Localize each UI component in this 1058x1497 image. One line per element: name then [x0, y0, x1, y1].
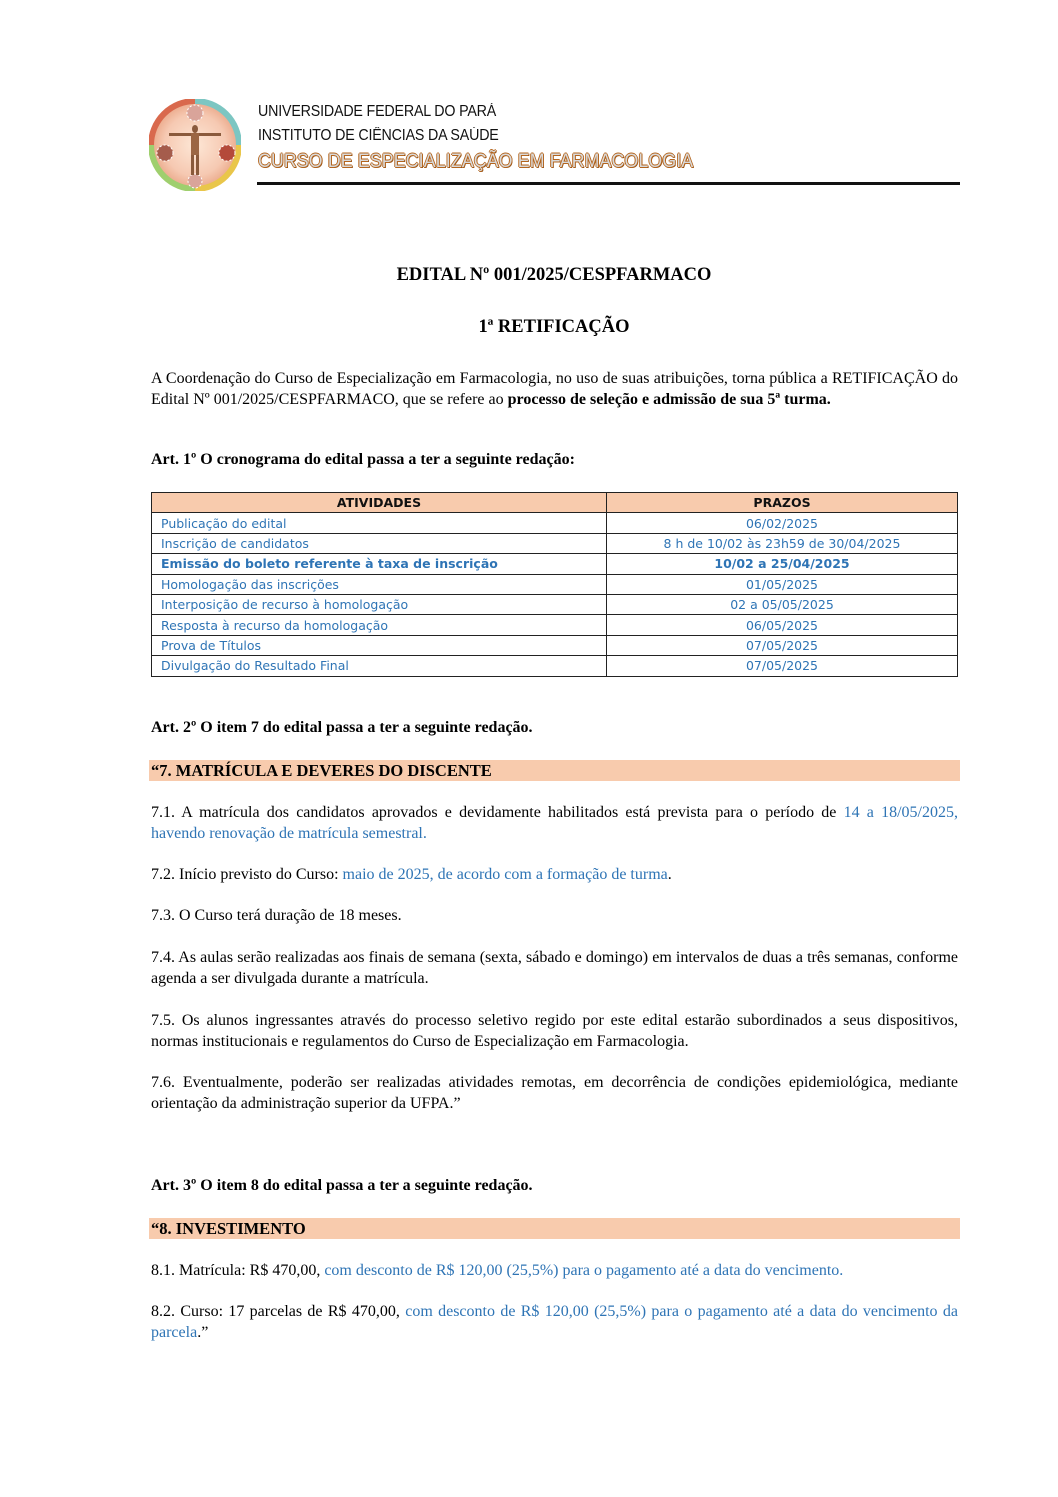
schedule-activity: Prova de Títulos — [152, 635, 607, 655]
schedule-deadline: 06/02/2025 — [607, 513, 958, 533]
institution-name: UNIVERSIDADE FEDERAL DO PARÁ — [258, 103, 496, 121]
schedule-deadline: 10/02 a 25/04/2025 — [607, 554, 958, 574]
document-title: EDITAL Nº 001/2025/CESPFARMACO — [0, 265, 1058, 286]
schedule-activity: Interposição de recurso à homologação — [152, 594, 607, 614]
article-2-heading: Art. 2º O item 7 do edital passa a ter a… — [151, 719, 533, 737]
schedule-deadline: 02 a 05/05/2025 — [607, 594, 958, 614]
schedule-row: Homologação das inscrições01/05/2025 — [152, 574, 958, 594]
item-7-4: 7.4. As aulas serão realizadas aos finai… — [151, 948, 958, 989]
schedule-row: Divulgação do Resultado Final07/05/2025 — [152, 656, 958, 676]
schedule-row: Interposição de recurso à homologação02 … — [152, 594, 958, 614]
article-1-heading: Art. 1º O cronograma do edital passa a t… — [151, 451, 575, 469]
item-7-5: 7.5. Os alunos ingressantes através do p… — [151, 1011, 958, 1052]
item-7-2: 7.2. Início previsto do Curso: maio de 2… — [151, 865, 958, 886]
schedule-row: Publicação do edital06/02/2025 — [152, 513, 958, 533]
header-activities: ATIVIDADES — [152, 493, 607, 513]
intro-paragraph: A Coordenação do Curso de Especialização… — [151, 369, 958, 410]
section-7-heading: “7. MATRÍCULA E DEVERES DO DISCENTE — [149, 760, 960, 781]
schedule-row: Prova de Títulos07/05/2025 — [152, 635, 958, 655]
institute-name: INSTITUTO DE CIÊNCIAS DA SAÚDE — [258, 127, 499, 145]
item-7-1: 7.1. A matrícula dos candidatos aprovado… — [151, 803, 958, 844]
schedule-deadline: 8 h de 10/02 às 23h59 de 30/04/2025 — [607, 533, 958, 553]
item-7-6: 7.6. Eventualmente, poderão ser realizad… — [151, 1073, 958, 1114]
schedule-deadline: 06/05/2025 — [607, 615, 958, 635]
article-3-heading: Art. 3º O item 8 do edital passa a ter a… — [151, 1177, 533, 1195]
section-8-heading: “8. INVESTIMENTO — [149, 1218, 960, 1239]
header-divider — [257, 182, 960, 185]
item-7-3: 7.3. O Curso terá duração de 18 meses. — [151, 906, 958, 927]
schedule-activity: Inscrição de candidatos — [152, 533, 607, 553]
document-page: UNIVERSIDADE FEDERAL DO PARÁ INSTITUTO D… — [0, 0, 1058, 1497]
schedule-activity: Emissão do boleto referente à taxa de in… — [152, 554, 607, 574]
schedule-deadline: 07/05/2025 — [607, 635, 958, 655]
schedule-deadline: 07/05/2025 — [607, 656, 958, 676]
schedule-activity: Divulgação do Resultado Final — [152, 656, 607, 676]
header-deadlines: PRAZOS — [607, 493, 958, 513]
course-logo-icon — [149, 99, 241, 191]
schedule-deadline: 01/05/2025 — [607, 574, 958, 594]
item-8-1: 8.1. Matrícula: R$ 470,00, com desconto … — [151, 1261, 958, 1282]
schedule-header-row: ATIVIDADES PRAZOS — [152, 493, 958, 513]
schedule-row: Resposta à recurso da homologação06/05/2… — [152, 615, 958, 635]
item-8-1-highlight: com desconto de R$ 120,00 (25,5%) para o… — [324, 1262, 843, 1279]
schedule-row: Inscrição de candidatos8 h de 10/02 às 2… — [152, 533, 958, 553]
intro-bold-text: processo de seleção e admissão de sua 5ª… — [508, 391, 831, 408]
schedule-activity: Resposta à recurso da homologação — [152, 615, 607, 635]
schedule-row: Emissão do boleto referente à taxa de in… — [152, 554, 958, 574]
course-name: CURSO DE ESPECIALIZAÇÃO EM FARMACOLOGIA — [258, 151, 693, 173]
item-8-2: 8.2. Curso: 17 parcelas de R$ 470,00, co… — [151, 1302, 958, 1343]
document-subtitle: 1ª RETIFICAÇÃO — [0, 317, 1058, 338]
item-7-2-highlight: maio de 2025, de acordo com a formação d… — [343, 866, 668, 883]
schedule-activity: Homologação das inscrições — [152, 574, 607, 594]
schedule-table: ATIVIDADES PRAZOS Publicação do edital06… — [151, 492, 958, 677]
schedule-activity: Publicação do edital — [152, 513, 607, 533]
